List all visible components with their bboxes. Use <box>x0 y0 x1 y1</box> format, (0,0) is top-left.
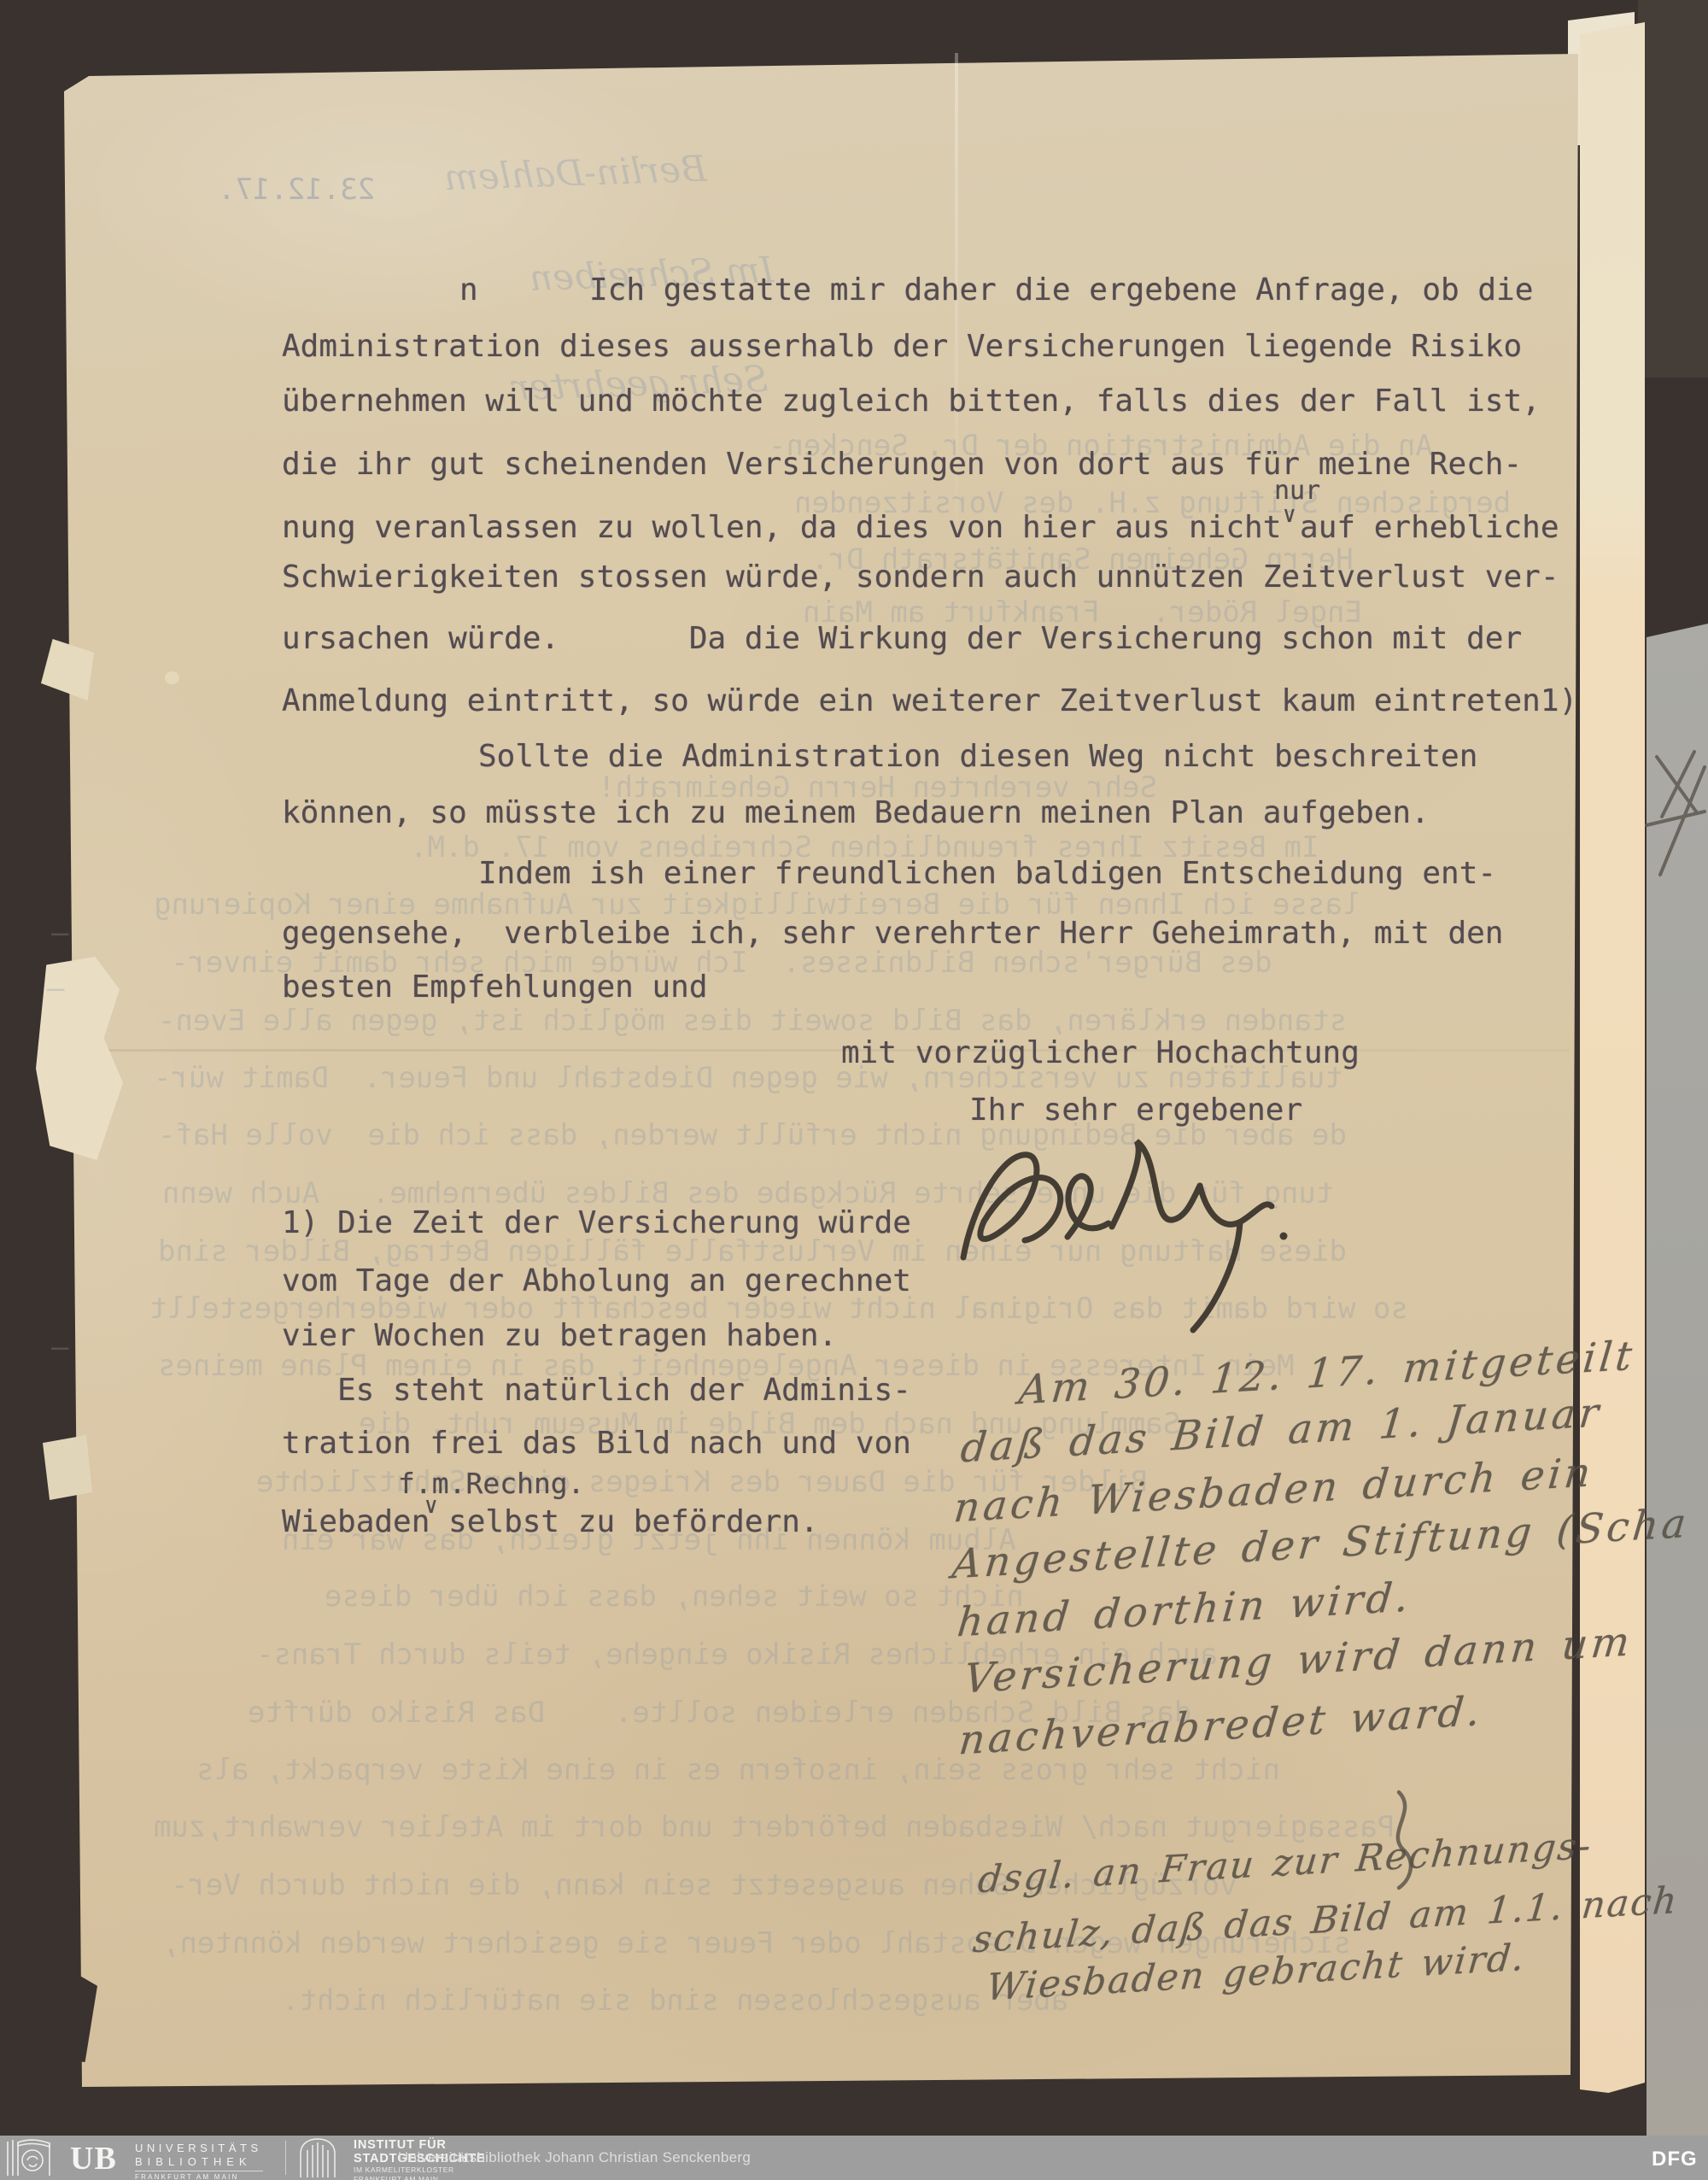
typed-line: Es steht natürlich der Adminis- <box>337 1375 911 1406</box>
typed-line: 1) Die Zeit der Versicherung würde <box>282 1208 911 1239</box>
typed-line: können, so müsste ich zu meinem Bedauern… <box>282 798 1430 829</box>
typed-line: Schwierigkeiten stossen würde, sondern a… <box>282 562 1559 593</box>
bleedthrough-line: nicht so weit sehen, dass ich über diese <box>325 1582 1024 1611</box>
ink-squiggle <box>1375 1785 1435 1896</box>
typed-line: gegensehe, verbleibe ich, sehr verehrter… <box>282 918 1503 949</box>
typed-line: vom Tage der Abholung an gerechnet <box>282 1266 911 1297</box>
bleedthrough-line: Berlin-Dahlem <box>443 151 707 196</box>
ub-line3: FRANKFURT AM MAIN <box>135 2171 263 2180</box>
typed-line: die ihr gut scheinenden Versicherungen v… <box>282 449 1522 480</box>
footer-bar: UB UNIVERSITÄTS BIBLIOTHEK FRANKFURT AM … <box>0 2136 1708 2180</box>
bleedthrough-line: 23.12.17. <box>218 175 375 204</box>
bleedthrough-line: nicht sehr gross sein, insofern es in ei… <box>196 1755 1280 1784</box>
library-credit: Universitätsbibliothek Johann Christian … <box>398 2149 751 2166</box>
typed-line: Anmeldung eintritt, so würde ein weitere… <box>282 686 1577 717</box>
typed-line: tration frei das Bild nach und von <box>282 1428 911 1459</box>
typed-line: nur <box>1274 478 1320 504</box>
typed-line: n <box>459 275 478 306</box>
bleedthrough-line: standen erklären, das Bild soweit dies m… <box>158 1006 1347 1035</box>
typed-line: Sollte die Administration diesen Weg nic… <box>478 741 1477 772</box>
paper-blemish <box>165 671 179 684</box>
typed-line: übernehmen will und möchte zugleich bitt… <box>282 386 1541 417</box>
ub-line2: BIBLIOTHEK <box>135 2155 263 2168</box>
ub-wordmark: UNIVERSITÄTS BIBLIOTHEK FRANKFURT AM MAI… <box>135 2142 263 2180</box>
x-slash-mark <box>1640 735 1708 905</box>
typed-line: Ihr sehr ergebener <box>969 1095 1302 1126</box>
adjacent-page-strip <box>1580 21 1645 2093</box>
bleedthrough-line: — <box>51 918 68 947</box>
bleedthrough-line: lasse ich Ihnen für die Bereitwilligkeit… <box>154 890 1360 919</box>
typed-line: besten Empfehlungen und <box>282 972 708 1003</box>
typed-line: Ich gestatte mir daher die ergebene Anfr… <box>589 275 1533 306</box>
torn-edge-piece <box>43 1435 92 1500</box>
ub-abbreviation: UB <box>70 2140 117 2177</box>
typed-line: nung veranlassen zu wollen, da dies von … <box>282 513 1559 543</box>
bleedthrough-line: aber ausgeschlossen sind sie natürlich n… <box>282 1986 1068 2015</box>
institut-line4: FRANKFURT AM MAIN <box>354 2175 485 2180</box>
backdrop-highlight <box>1638 0 1708 378</box>
typed-line: ursachen würde. Da die Wirkung der Versi… <box>282 624 1522 654</box>
ub-line1: UNIVERSITÄTS <box>135 2142 263 2154</box>
bleedthrough-line: Passagiergut nach/ Wiesbaden befördert u… <box>154 1813 1395 1842</box>
typed-line: Administration dieses ausserhalb der Ver… <box>282 331 1522 362</box>
bleedthrough-line: — <box>51 1333 68 1362</box>
typed-line: mit vorzüglicher Hochachtung <box>841 1038 1360 1069</box>
footer-divider <box>285 2141 286 2175</box>
typed-line: Wiebaden selbst zu befördern. <box>282 1507 819 1538</box>
signature-lepsius <box>939 1128 1315 1350</box>
bleedthrough-line: — <box>47 974 64 1003</box>
dfg-logo: DFG <box>1652 2148 1698 2171</box>
institut-window-logo-icon <box>294 2138 347 2178</box>
typed-line: Indem ish einer freundlichen baldigen En… <box>478 859 1496 889</box>
institut-line3: IM KARMELITERKLOSTER <box>354 2165 485 2175</box>
typed-line: vier Wochen zu betragen haben. <box>282 1321 837 1351</box>
